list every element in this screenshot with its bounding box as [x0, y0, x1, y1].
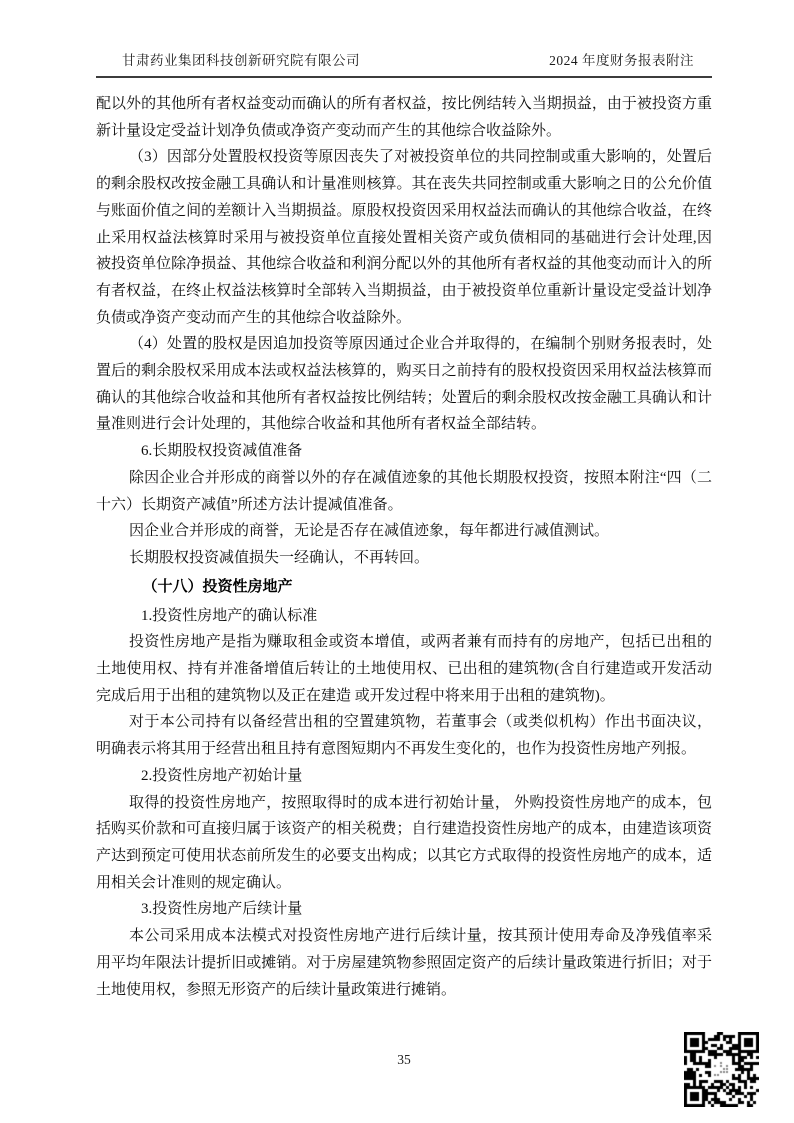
- subsection-heading: 1.投资性房地产的确认标准: [96, 603, 712, 630]
- page-header: 甘肃药业集团科技创新研究院有限公司 2024 年度财务报表附注: [96, 52, 712, 78]
- paragraph: 因企业合并形成的商誉，无论是否存在减值迹象，每年都进行减值测试。: [96, 518, 712, 545]
- document-body: 配以外的其他所有者权益变动而确认的所有者权益，按比例结转入当期损益，由于被投资方…: [96, 91, 712, 1003]
- paragraph: 取得的投资性房地产，按照取得时的成本进行初始计量， 外购投资性房地产的成本，包括…: [96, 790, 712, 897]
- paragraph: 配以外的其他所有者权益变动而确认的所有者权益，按比例结转入当期损益，由于被投资方…: [96, 91, 712, 144]
- paragraph: （3）因部分处置股权投资等原因丧失了对被投资单位的共同控制或重大影响的，处置后的…: [96, 144, 712, 331]
- document-page: 甘肃药业集团科技创新研究院有限公司 2024 年度财务报表附注 配以外的其他所有…: [0, 0, 794, 1123]
- paragraph: 投资性房地产是指为赚取租金或资本增值，或两者兼有而持有的房地产，包括已出租的土地…: [96, 629, 712, 709]
- paragraph: （4）处置的股权是因追加投资等原因通过企业合并取得的，在编制个别财务报表时，处置…: [96, 331, 712, 438]
- paragraph: 长期股权投资减值损失一经确认，不再转回。: [96, 545, 712, 572]
- section-heading: （十八）投资性房地产: [96, 572, 712, 603]
- subsection-heading: 2.投资性房地产初始计量: [96, 763, 712, 790]
- paragraph: 除因企业合并形成的商誉以外的存在减值迹象的其他长期股权投资，按照本附注“四（二十…: [96, 465, 712, 518]
- header-report-title: 2024 年度财务报表附注: [549, 52, 712, 70]
- paragraph: 本公司采用成本法模式对投资性房地产进行后续计量，按其预计使用寿命及净残值率采用平…: [96, 923, 712, 1003]
- qr-code-icon: [684, 1032, 759, 1107]
- header-company-name: 甘肃药业集团科技创新研究院有限公司: [96, 52, 360, 70]
- paragraph: 对于本公司持有以备经营出租的空置建筑物，若董事会（或类似机构）作出书面决议，明确…: [96, 709, 712, 762]
- subsection-heading: 6.长期股权投资减值准备: [96, 438, 712, 465]
- page-number: 35: [96, 1052, 712, 1068]
- subsection-heading: 3.投资性房地产后续计量: [96, 896, 712, 923]
